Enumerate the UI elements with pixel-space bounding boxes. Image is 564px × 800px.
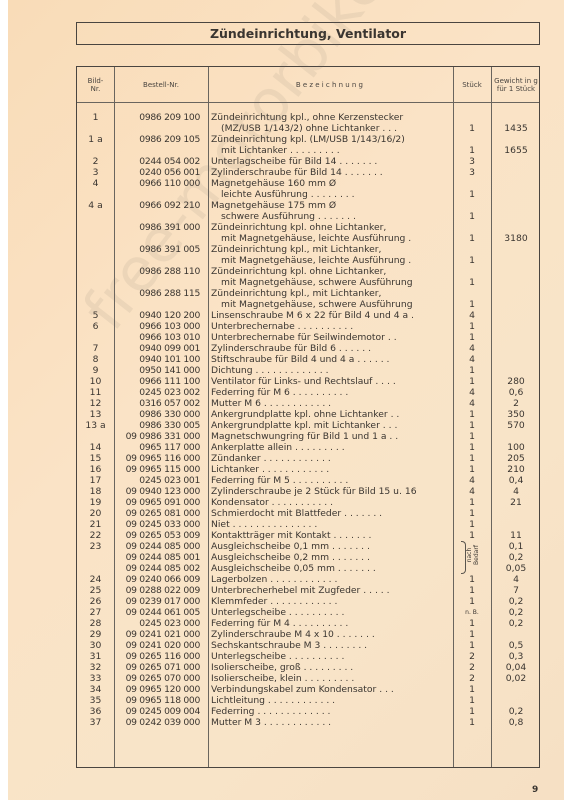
table-row: 13 a0986 330 005Ankergrundplatte kpl. mi… [77, 420, 539, 431]
bezeichnung-line1: Dichtung . . . . . . . . . . . . . [211, 365, 329, 376]
cell-bestell-nr: 09 0265 081 000 [114, 508, 208, 519]
cell-stueck: 1 [453, 442, 491, 453]
table-row: 09 0244 085 001Ausgleichscheibe 0,2 mm .… [77, 552, 539, 563]
table-row: 2709 0244 061 005Unterlegscheibe . . . .… [77, 607, 539, 618]
table-row: 0986 288 110Zündeinrichtung kpl. ohne Li… [77, 266, 539, 288]
cell-gewicht: 0,3 [491, 651, 541, 662]
bezeichnung-line1: Ankergrundplatte kpl. mit Lichtanker . .… [211, 420, 397, 431]
table-row: 3009 0241 020 000Sechskantschraube M 3 .… [77, 640, 539, 651]
cell-gewicht: 0,04 [491, 662, 541, 673]
cell-stueck: 1 [453, 321, 491, 332]
bezeichnung-line1: Ausgleichscheibe 0,05 mm . . . . . . . [211, 563, 376, 574]
bezeichnung-line1: Klemmfeder . . . . . . . . . . . . [211, 596, 337, 607]
cell-stueck: 1 [453, 211, 491, 222]
cell-bestell-nr: 0316 057 002 [114, 398, 208, 409]
cell-bild: 4 a [77, 200, 114, 211]
table-row: 280245 023 000Federring für M 4 . . . . … [77, 618, 539, 629]
cell-stueck: 1 [453, 530, 491, 541]
table-body: 10986 209 100Zündeinrichtung kpl., ohne … [77, 112, 539, 728]
cell-bezeichnung: Zylinderschraube für Bild 14 . . . . . .… [211, 167, 453, 178]
cell-gewicht: 3180 [491, 233, 541, 244]
cell-bild: 18 [77, 486, 114, 497]
cell-bezeichnung: Linsenschraube M 6 x 22 für Bild 4 und 4… [211, 310, 453, 321]
bezeichnung-line2: (MZ/USB 1/143/2) ohne Lichtanker . . . [211, 123, 453, 134]
cell-bild: 6 [77, 321, 114, 332]
cell-stueck: 4 [453, 387, 491, 398]
bezeichnung-line2: leichte Ausführung . . . . . . . . [211, 189, 453, 200]
cell-bezeichnung: Ausgleichscheibe 0,2 mm . . . . . . . [211, 552, 453, 563]
cell-bestell-nr: 09 0965 120 000 [114, 684, 208, 695]
table-row: 120316 057 002Mutter M 6 . . . . . . . .… [77, 398, 539, 409]
cell-bestell-nr: 09 0965 091 000 [114, 497, 208, 508]
bezeichnung-line1: Unterlegscheibe . . . . . . . . . . [211, 651, 344, 662]
cell-bestell-nr: 0245 023 002 [114, 387, 208, 398]
cell-stueck: 1 [453, 464, 491, 475]
header-bestell: Bestell-Nr. [114, 67, 208, 102]
cell-bezeichnung: Kontaktträger mit Kontakt . . . . . . . [211, 530, 453, 541]
cell-gewicht: 280 [491, 376, 541, 387]
cell-bild: 20 [77, 508, 114, 519]
cell-bezeichnung: Verbindungskabel zum Kondensator . . . [211, 684, 453, 695]
cell-stueck: 4 [453, 310, 491, 321]
table-row: 80940 101 100Stiftschraube für Bild 4 un… [77, 354, 539, 365]
cell-bild: 5 [77, 310, 114, 321]
cell-bild: 4 [77, 178, 114, 189]
bezeichnung-line2: mit Magnetgehäuse, schwere Ausführung [211, 299, 453, 310]
bezeichnung-line1: Kondensator . . . . . . . . . . . [211, 497, 333, 508]
table-row: 2609 0239 017 000Klemmfeder . . . . . . … [77, 596, 539, 607]
cell-stueck: 2 [453, 673, 491, 684]
cell-bestell-nr: 0940 120 200 [114, 310, 208, 321]
cell-bezeichnung: Zündeinrichtung kpl., ohne Kerzenstecker… [211, 112, 453, 134]
cell-bild: 21 [77, 519, 114, 530]
cell-bestell-nr: 0940 099 001 [114, 343, 208, 354]
cell-bestell-nr: 0986 288 115 [114, 288, 208, 299]
cell-stueck: 1 [453, 409, 491, 420]
table-row: 2909 0241 021 000Zylinderschraube M 4 x … [77, 629, 539, 640]
cell-bild: 11 [77, 387, 114, 398]
cell-stueck: 2 [453, 662, 491, 673]
table-row: 1809 0940 123 000Zylinderschraube je 2 S… [77, 486, 539, 497]
table-row: 0986 391 005Zündeinrichtung kpl., mit Li… [77, 244, 539, 266]
bezeichnung-line1: Zündeinrichtung kpl., mit Lichtanker, [211, 288, 381, 299]
cell-gewicht: 0,2 [491, 618, 541, 629]
cell-bestell-nr: 09 0242 039 000 [114, 717, 208, 728]
cell-bezeichnung: Magnetschwungring für Bild 1 und 1 a . . [211, 431, 453, 442]
cell-bezeichnung: Lagerbolzen . . . . . . . . . . . . [211, 574, 453, 585]
cell-bestell-nr: 09 0288 022 009 [114, 585, 208, 596]
cell-bestell-nr: 0966 103 010 [114, 332, 208, 343]
cell-stueck: 4 [453, 475, 491, 486]
cell-gewicht: 0,2 [491, 706, 541, 717]
cell-bild: 24 [77, 574, 114, 585]
bezeichnung-line1: Mutter M 3 . . . . . . . . . . . . [211, 717, 331, 728]
cell-bestell-nr: 09 0265 071 000 [114, 662, 208, 673]
cell-bezeichnung: Magnetgehäuse 175 mm Øschwere Ausführung… [211, 200, 453, 222]
cell-bild: 33 [77, 673, 114, 684]
cell-stueck: 1 [453, 640, 491, 651]
cell-bild: 13 a [77, 420, 114, 431]
cell-stueck: 4 [453, 398, 491, 409]
cell-gewicht: 0,4 [491, 475, 541, 486]
cell-stueck: 4 [453, 343, 491, 354]
cell-bezeichnung: Ausgleichscheibe 0,1 mm . . . . . . . [211, 541, 453, 552]
cell-gewicht: 100 [491, 442, 541, 453]
cell-bild: 10 [77, 376, 114, 387]
bezeichnung-line1: Federring . . . . . . . . . . . . . [211, 706, 330, 717]
cell-bestell-nr: 09 0265 116 000 [114, 651, 208, 662]
bezeichnung-line1: Zündeinrichtung kpl. ohne Lichtanker, [211, 222, 386, 233]
cell-bild: 26 [77, 596, 114, 607]
cell-bestell-nr: 0986 391 000 [114, 222, 208, 233]
bezeichnung-line1: Federring für M 4 . . . . . . . . . . [211, 618, 348, 629]
cell-bezeichnung: Unterlegscheibe . . . . . . . . . . [211, 651, 453, 662]
bezeichnung-line1: Lagerbolzen . . . . . . . . . . . . [211, 574, 337, 585]
cell-stueck: 1 [453, 332, 491, 343]
table-row: 2109 0245 033 000Niet . . . . . . . . . … [77, 519, 539, 530]
cell-stueck: 4 [453, 486, 491, 497]
cell-bestell-nr: 0966 103 000 [114, 321, 208, 332]
cell-bestell-nr: 0966 110 000 [114, 178, 208, 189]
page-title: Zündeinrichtung, Ventilator [76, 22, 540, 45]
cell-stueck: 1 [453, 618, 491, 629]
cell-bestell-nr: 09 0244 085 001 [114, 552, 208, 563]
cell-bestell-nr: 0986 288 110 [114, 266, 208, 277]
cell-gewicht: 11 [491, 530, 541, 541]
cell-bestell-nr: 0240 056 001 [114, 167, 208, 178]
bezeichnung-line2: mit Magnetgehäuse, schwere Ausführung [211, 277, 453, 288]
cell-gewicht: 210 [491, 464, 541, 475]
cell-bestell-nr: 0965 117 000 [114, 442, 208, 453]
cell-stueck: 2 [453, 651, 491, 662]
bezeichnung-line1: Sechskantschraube M 3 . . . . . . . . [211, 640, 367, 651]
header-gewicht-line2: für 1 Stück [497, 85, 535, 93]
cell-bestell-nr: 0950 141 000 [114, 365, 208, 376]
cell-gewicht: 350 [491, 409, 541, 420]
table-row: 40966 110 000Magnetgehäuse 160 mm Øleich… [77, 178, 539, 200]
table-row: 30240 056 001Zylinderschraube für Bild 1… [77, 167, 539, 178]
cell-bild: 3 [77, 167, 114, 178]
header-gewicht-line1: Gewicht in g [494, 77, 538, 85]
cell-stueck: 1 [453, 596, 491, 607]
cell-bild: 25 [77, 585, 114, 596]
cell-bild: 15 [77, 453, 114, 464]
cell-bild: 17 [77, 475, 114, 486]
cell-bezeichnung: Mutter M 3 . . . . . . . . . . . . [211, 717, 453, 728]
cell-bild: 28 [77, 618, 114, 629]
cell-bestell-nr: 0245 023 000 [114, 618, 208, 629]
bezeichnung-line1: Ankergrundplatte kpl. ohne Lichtanker . … [211, 409, 399, 420]
bezeichnung-line1: Schmierdocht mit Blattfeder . . . . . . … [211, 508, 382, 519]
cell-bild: 36 [77, 706, 114, 717]
table-row: 09 0986 331 000Magnetschwungring für Bil… [77, 431, 539, 442]
cell-stueck: 4 [453, 354, 491, 365]
bezeichnung-line1: Mutter M 6 . . . . . . . . . . . . [211, 398, 331, 409]
table-row: 2209 0265 053 009Kontaktträger mit Konta… [77, 530, 539, 541]
table-row: 140965 117 000Ankerplatte allein . . . .… [77, 442, 539, 453]
bezeichnung-line2: mit Magnetgehäuse, leichte Ausführung . [211, 233, 453, 244]
cell-bestell-nr: 09 0245 009 004 [114, 706, 208, 717]
header-bild: Bild-Nr. [77, 67, 114, 102]
cell-bezeichnung: Federring für M 6 . . . . . . . . . . [211, 387, 453, 398]
cell-stueck: 1 [453, 255, 491, 266]
bezeichnung-line1: Magnetgehäuse 175 mm Ø [211, 200, 336, 211]
cell-bezeichnung: Ausgleichscheibe 0,05 mm . . . . . . . [211, 563, 453, 574]
cell-bild: 8 [77, 354, 114, 365]
cell-bestell-nr: 0966 111 100 [114, 376, 208, 387]
cell-bezeichnung: Ankergrundplatte kpl. ohne Lichtanker . … [211, 409, 453, 420]
bezeichnung-line2: mit Lichtanker . . . . . . . . . [211, 145, 453, 156]
bezeichnung-line1: Niet . . . . . . . . . . . . . . . [211, 519, 317, 530]
cell-bestell-nr: 0966 092 210 [114, 200, 208, 211]
cell-gewicht: 21 [491, 497, 541, 508]
cell-bestell-nr: 09 0986 331 000 [114, 431, 208, 442]
cell-bezeichnung: Zündanker . . . . . . . . . . . . [211, 453, 453, 464]
bezeichnung-line1: Unterlagscheibe für Bild 14 . . . . . . … [211, 156, 377, 167]
cell-bestell-nr: 0986 391 005 [114, 244, 208, 255]
cell-stueck: 1 [453, 453, 491, 464]
cell-stueck: 1 [453, 706, 491, 717]
cell-bild: 22 [77, 530, 114, 541]
cell-bestell-nr: 0986 330 005 [114, 420, 208, 431]
cell-bild: 27 [77, 607, 114, 618]
cell-bezeichnung: Zylinderschraube für Bild 6 . . . . . . [211, 343, 453, 354]
table-row: 3109 0265 116 000Unterlegscheibe . . . .… [77, 651, 539, 662]
cell-bezeichnung: Ventilator für Links- und Rechtslauf . .… [211, 376, 453, 387]
cell-bild: 7 [77, 343, 114, 354]
cell-bestell-nr: 09 0244 085 000 [114, 541, 208, 552]
table-row: 2509 0288 022 009Unterbrecherhebel mit Z… [77, 585, 539, 596]
bezeichnung-line2: schwere Ausführung . . . . . . . [211, 211, 453, 222]
cell-bezeichnung: Unterbrechernabe für Seilwindemotor . . [211, 332, 453, 343]
table-row: 0986 391 000Zündeinrichtung kpl. ohne Li… [77, 222, 539, 244]
cell-bild: 35 [77, 695, 114, 706]
bezeichnung-line2: mit Magnetgehäuse, leichte Ausführung . [211, 255, 453, 266]
header-divider [77, 102, 539, 103]
cell-bezeichnung: Lichtleitung . . . . . . . . . . . . [211, 695, 453, 706]
bezeichnung-line1: Unterbrecherhebel mit Zugfeder . . . . . [211, 585, 390, 596]
header-gewicht: Gewicht in gfür 1 Stück [491, 67, 541, 102]
bezeichnung-line1: Zylinderschraube M 4 x 10 . . . . . . . [211, 629, 375, 640]
table-row: 3509 0965 118 000Lichtleitung . . . . . … [77, 695, 539, 706]
cell-gewicht: 0,8 [491, 717, 541, 728]
cell-bestell-nr: 0986 209 105 [114, 134, 208, 145]
bezeichnung-line1: Linsenschraube M 6 x 22 für Bild 4 und 4… [211, 310, 414, 321]
table-row: 0966 103 010Unterbrechernabe für Seilwin… [77, 332, 539, 343]
cell-bestell-nr: 09 0239 017 000 [114, 596, 208, 607]
cell-bezeichnung: Federring . . . . . . . . . . . . . [211, 706, 453, 717]
bezeichnung-line1: Unterbrechernabe für Seilwindemotor . . [211, 332, 397, 343]
cell-gewicht: 0,2 [491, 596, 541, 607]
cell-gewicht: 4 [491, 574, 541, 585]
table-row: 70940 099 001Zylinderschraube für Bild 6… [77, 343, 539, 354]
table-row: 4 a0966 092 210Magnetgehäuse 175 mm Øsch… [77, 200, 539, 222]
cell-stueck: 1 [453, 123, 491, 134]
cell-bild: 23 [77, 541, 114, 552]
cell-bestell-nr: 0986 209 100 [114, 112, 208, 123]
cell-stueck: 1 [453, 145, 491, 156]
bezeichnung-line1: Isolierscheibe, groß . . . . . . . . . [211, 662, 353, 673]
cell-stueck: 1 [453, 508, 491, 519]
cell-bezeichnung: Zylinderschraube je 2 Stück für Bild 15 … [211, 486, 453, 497]
bezeichnung-line1: Zündeinrichtung kpl., mit Lichtanker, [211, 244, 381, 255]
bezeichnung-line1: Ankerplatte allein . . . . . . . . . [211, 442, 345, 453]
bezeichnung-line1: Magnetgehäuse 160 mm Ø [211, 178, 336, 189]
cell-bild: 14 [77, 442, 114, 453]
cell-bestell-nr: 0245 023 001 [114, 475, 208, 486]
bezeichnung-line1: Kontaktträger mit Kontakt . . . . . . . [211, 530, 371, 541]
table-row: 0986 288 115Zündeinrichtung kpl., mit Li… [77, 288, 539, 310]
header-bild-line1: Bild- [88, 77, 104, 85]
cell-bezeichnung: Ankerplatte allein . . . . . . . . . [211, 442, 453, 453]
cell-stueck: 1 [453, 629, 491, 640]
cell-bezeichnung: Unterbrechernabe . . . . . . . . . . [211, 321, 453, 332]
table-row: 1509 0965 116 000Zündanker . . . . . . .… [77, 453, 539, 464]
cell-bezeichnung: Zündeinrichtung kpl., mit Lichtanker,mit… [211, 244, 453, 266]
cell-bezeichnung: Zündeinrichtung kpl. ohne Lichtanker,mit… [211, 222, 453, 244]
cell-gewicht: 570 [491, 420, 541, 431]
cell-bezeichnung: Zündeinrichtung kpl. (LM/USB 1/143/16/2)… [211, 134, 453, 156]
cell-bezeichnung: Isolierscheibe, groß . . . . . . . . . [211, 662, 453, 673]
cell-bild: 16 [77, 464, 114, 475]
cell-bezeichnung: Ankergrundplatte kpl. mit Lichtanker . .… [211, 420, 453, 431]
cell-bezeichnung: Mutter M 6 . . . . . . . . . . . . [211, 398, 453, 409]
table-row: 09 0244 085 002Ausgleichscheibe 0,05 mm … [77, 563, 539, 574]
table-row: 2309 0244 085 000Ausgleichscheibe 0,1 mm… [77, 541, 539, 552]
bezeichnung-line1: Zylinderschraube für Bild 14 . . . . . .… [211, 167, 383, 178]
cell-stueck: 3 [453, 156, 491, 167]
page-number: 9 [532, 785, 538, 795]
cell-bild: 1 [77, 112, 114, 123]
cell-gewicht: 1435 [491, 123, 541, 134]
table-row: 10986 209 100Zündeinrichtung kpl., ohne … [77, 112, 539, 134]
cell-stueck: 1 [453, 574, 491, 585]
table-row: 2409 0240 066 009Lagerbolzen . . . . . .… [77, 574, 539, 585]
cell-gewicht: 0,5 [491, 640, 541, 651]
cell-bild: 12 [77, 398, 114, 409]
bezeichnung-line1: Federring für M 5 . . . . . . . . . . [211, 475, 348, 486]
cell-bestell-nr: 09 0241 020 000 [114, 640, 208, 651]
table-row: 3709 0242 039 000Mutter M 3 . . . . . . … [77, 717, 539, 728]
cell-bild: 30 [77, 640, 114, 651]
cell-gewicht: 0,2 [491, 552, 541, 563]
table-row: 130986 330 000Ankergrundplatte kpl. ohne… [77, 409, 539, 420]
header-bezeichnung: Bezeichnung [208, 67, 453, 102]
cell-bestell-nr: 09 0241 021 000 [114, 629, 208, 640]
cell-stueck: 1 [453, 695, 491, 706]
cell-bild: 9 [77, 365, 114, 376]
cell-bild: 19 [77, 497, 114, 508]
cell-bestell-nr: 09 0965 118 000 [114, 695, 208, 706]
cell-stueck: n. B. [453, 607, 491, 618]
cell-stueck: 1 [453, 585, 491, 596]
table-row: 1909 0965 091 000Kondensator . . . . . .… [77, 497, 539, 508]
table-row: 3609 0245 009 004Federring . . . . . . .… [77, 706, 539, 717]
table-row: 3209 0265 071 000Isolierscheibe, groß . … [77, 662, 539, 673]
table-row: 110245 023 002Federring für M 6 . . . . … [77, 387, 539, 398]
bezeichnung-line1: Magnetschwungring für Bild 1 und 1 a . . [211, 431, 398, 442]
cell-bestell-nr: 09 0965 115 000 [114, 464, 208, 475]
cell-gewicht: 4 [491, 486, 541, 497]
cell-bezeichnung: Niet . . . . . . . . . . . . . . . [211, 519, 453, 530]
cell-bild: 34 [77, 684, 114, 695]
table-row: 2009 0265 081 000Schmierdocht mit Blattf… [77, 508, 539, 519]
cell-bezeichnung: Unterbrecherhebel mit Zugfeder . . . . . [211, 585, 453, 596]
table-row: 20244 054 002Unterlagscheibe für Bild 14… [77, 156, 539, 167]
cell-bezeichnung: Federring für M 4 . . . . . . . . . . [211, 618, 453, 629]
bezeichnung-line1: Zündeinrichtung kpl. (LM/USB 1/143/16/2) [211, 134, 405, 145]
cell-stueck: 1 [453, 717, 491, 728]
cell-bestell-nr: 09 0265 053 009 [114, 530, 208, 541]
cell-bestell-nr: 0986 330 000 [114, 409, 208, 420]
cell-stueck: 1 [453, 684, 491, 695]
cell-bezeichnung: Schmierdocht mit Blattfeder . . . . . . … [211, 508, 453, 519]
bezeichnung-line1: Zündeinrichtung kpl. ohne Lichtanker, [211, 266, 386, 277]
bezeichnung-line1: Zündanker . . . . . . . . . . . . [211, 453, 331, 464]
cell-bestell-nr: 09 0244 061 005 [114, 607, 208, 618]
cell-stueck: 1 [453, 365, 491, 376]
bezeichnung-line1: Verbindungskabel zum Kondensator . . . [211, 684, 394, 695]
cell-bestell-nr: 09 0940 123 000 [114, 486, 208, 497]
cell-bild: 13 [77, 409, 114, 420]
table-row: 50940 120 200Linsenschraube M 6 x 22 für… [77, 310, 539, 321]
bezeichnung-line1: Ventilator für Links- und Rechtslauf . .… [211, 376, 396, 387]
cell-bezeichnung: Isolierscheibe, klein . . . . . . . . . [211, 673, 453, 684]
table-row: 100966 111 100Ventilator für Links- und … [77, 376, 539, 387]
cell-gewicht: 7 [491, 585, 541, 596]
cell-bestell-nr: 09 0245 033 000 [114, 519, 208, 530]
cell-bezeichnung: Federring für M 5 . . . . . . . . . . [211, 475, 453, 486]
cell-stueck: 1 [453, 519, 491, 530]
header-stueck: Stück [453, 67, 491, 102]
bezeichnung-line1: Ausgleichscheibe 0,1 mm . . . . . . . [211, 541, 370, 552]
cell-bezeichnung: Kondensator . . . . . . . . . . . [211, 497, 453, 508]
cell-bezeichnung: Zündeinrichtung kpl. ohne Lichtanker,mit… [211, 266, 453, 288]
cell-gewicht: 0,1 [491, 541, 541, 552]
bezeichnung-line1: Federring für M 6 . . . . . . . . . . [211, 387, 348, 398]
cell-bezeichnung: Unterlagscheibe für Bild 14 . . . . . . … [211, 156, 453, 167]
cell-stueck: 1 [453, 420, 491, 431]
cell-bestell-nr: 0940 101 100 [114, 354, 208, 365]
cell-bezeichnung: Unterlegscheibe . . . . . . . . . . [211, 607, 453, 618]
bezeichnung-line1: Lichtleitung . . . . . . . . . . . . [211, 695, 335, 706]
cell-stueck: 1 [453, 497, 491, 508]
cell-bestell-nr: 09 0240 066 009 [114, 574, 208, 585]
cell-bezeichnung: Sechskantschraube M 3 . . . . . . . . [211, 640, 453, 651]
bezeichnung-line1: Zylinderschraube für Bild 6 . . . . . . [211, 343, 371, 354]
cell-gewicht: 0,6 [491, 387, 541, 398]
cell-bild: 31 [77, 651, 114, 662]
bezeichnung-line1: Unterbrechernabe . . . . . . . . . . [211, 321, 353, 332]
cell-gewicht: 0,2 [491, 607, 541, 618]
cell-bestell-nr: 09 0965 116 000 [114, 453, 208, 464]
table-row: 3409 0965 120 000Verbindungskabel zum Ko… [77, 684, 539, 695]
cell-stueck: 3 [453, 167, 491, 178]
cell-stueck: 1 [453, 376, 491, 387]
bezeichnung-line1: Zündeinrichtung kpl., ohne Kerzenstecker [211, 112, 403, 123]
cell-stueck: 1 [453, 431, 491, 442]
cell-gewicht: 2 [491, 398, 541, 409]
cell-gewicht: 205 [491, 453, 541, 464]
cell-stueck: 1 [453, 277, 491, 288]
table-row: 3309 0265 070 000Isolierscheibe, klein .… [77, 673, 539, 684]
cell-bild: 2 [77, 156, 114, 167]
cell-gewicht: 1655 [491, 145, 541, 156]
table-row: 90950 141 000Dichtung . . . . . . . . . … [77, 365, 539, 376]
cell-bezeichnung: Dichtung . . . . . . . . . . . . . [211, 365, 453, 376]
cell-bestell-nr: 0244 054 002 [114, 156, 208, 167]
cell-bezeichnung: Zündeinrichtung kpl., mit Lichtanker,mit… [211, 288, 453, 310]
